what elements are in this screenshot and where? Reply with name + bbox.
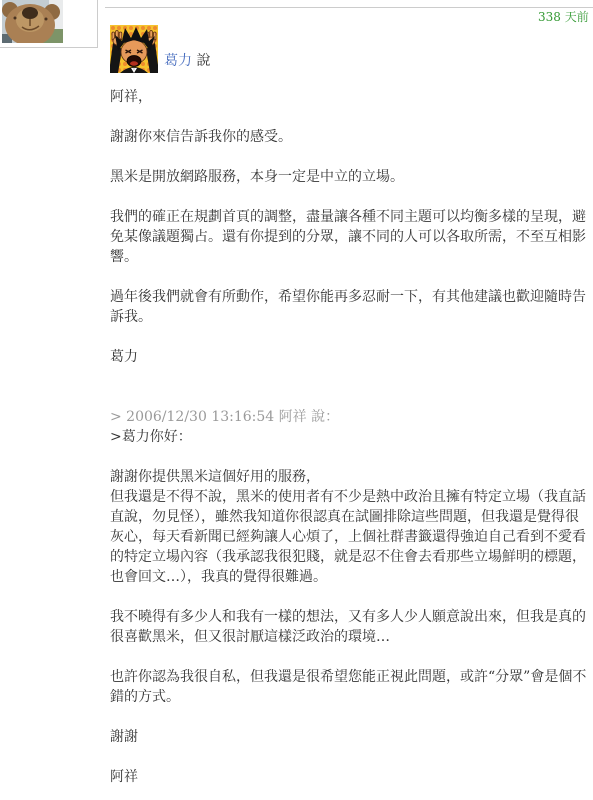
message-line: 我不曉得有多少人和我有一樣的想法，又有多人少人願意說出來，但我是真的很喜歡黑米，… xyxy=(110,607,588,647)
message-line: 阿祥， xyxy=(110,87,588,107)
message-line: 也許你認為我很自私，但我還是很希望您能正視此問題，或許“分眾”會是個不錯的方式。 xyxy=(110,667,588,707)
message-line xyxy=(110,387,588,407)
message-line: 阿祥 xyxy=(110,767,588,787)
message-line xyxy=(110,747,588,767)
comment-message: 阿祥， 謝謝你來信告訴我你的感受。 黑米是開放網路服務，本身一定是中立的立場。 … xyxy=(110,87,588,787)
comment-page: 338 天前 xyxy=(0,0,593,800)
days-ago-badge: 338 天前 xyxy=(538,9,593,25)
message-line xyxy=(110,447,588,467)
message-line xyxy=(110,647,588,667)
says-label: 說 xyxy=(196,53,210,69)
message-line: >葛力你好： xyxy=(110,427,588,447)
message-line xyxy=(110,147,588,167)
message-line xyxy=(110,327,588,347)
angry-cartoon-avatar[interactable] xyxy=(110,25,158,73)
message-line xyxy=(110,587,588,607)
teddy-bear-avatar[interactable] xyxy=(2,0,63,43)
message-line: 謝謝 xyxy=(110,727,588,747)
sidebar-avatar-cell xyxy=(0,0,98,48)
comment-top-divider xyxy=(105,7,593,8)
author-line: 葛力 說 xyxy=(164,52,210,70)
message-line xyxy=(110,107,588,127)
message-line: 謝謝你來信告訴我你的感受。 xyxy=(110,127,588,147)
author-link[interactable]: 葛力 xyxy=(164,53,192,69)
message-line: 葛力 xyxy=(110,347,588,367)
message-line: > 2006/12/30 13:16:54 阿祥 說： xyxy=(110,407,588,427)
message-line: 我們的確正在規劃首頁的調整，盡量讓各種不同主題可以均衡多樣的呈現，避免某像議題獨… xyxy=(110,207,588,267)
message-line xyxy=(110,707,588,727)
message-line xyxy=(110,367,588,387)
message-line: 謝謝你提供黑米這個好用的服務， xyxy=(110,467,588,487)
message-line: 黑米是開放網路服務，本身一定是中立的立場。 xyxy=(110,167,588,187)
message-line: 過年後我們就會有所動作，希望你能再多忍耐一下，有其他建議也歡迎隨時告訴我。 xyxy=(110,287,588,327)
message-line xyxy=(110,187,588,207)
message-line: 但我還是不得不說，黑米的使用者有不少是熱中政治且擁有特定立場（我直話直說，勿見怪… xyxy=(110,487,588,587)
message-line xyxy=(110,267,588,287)
